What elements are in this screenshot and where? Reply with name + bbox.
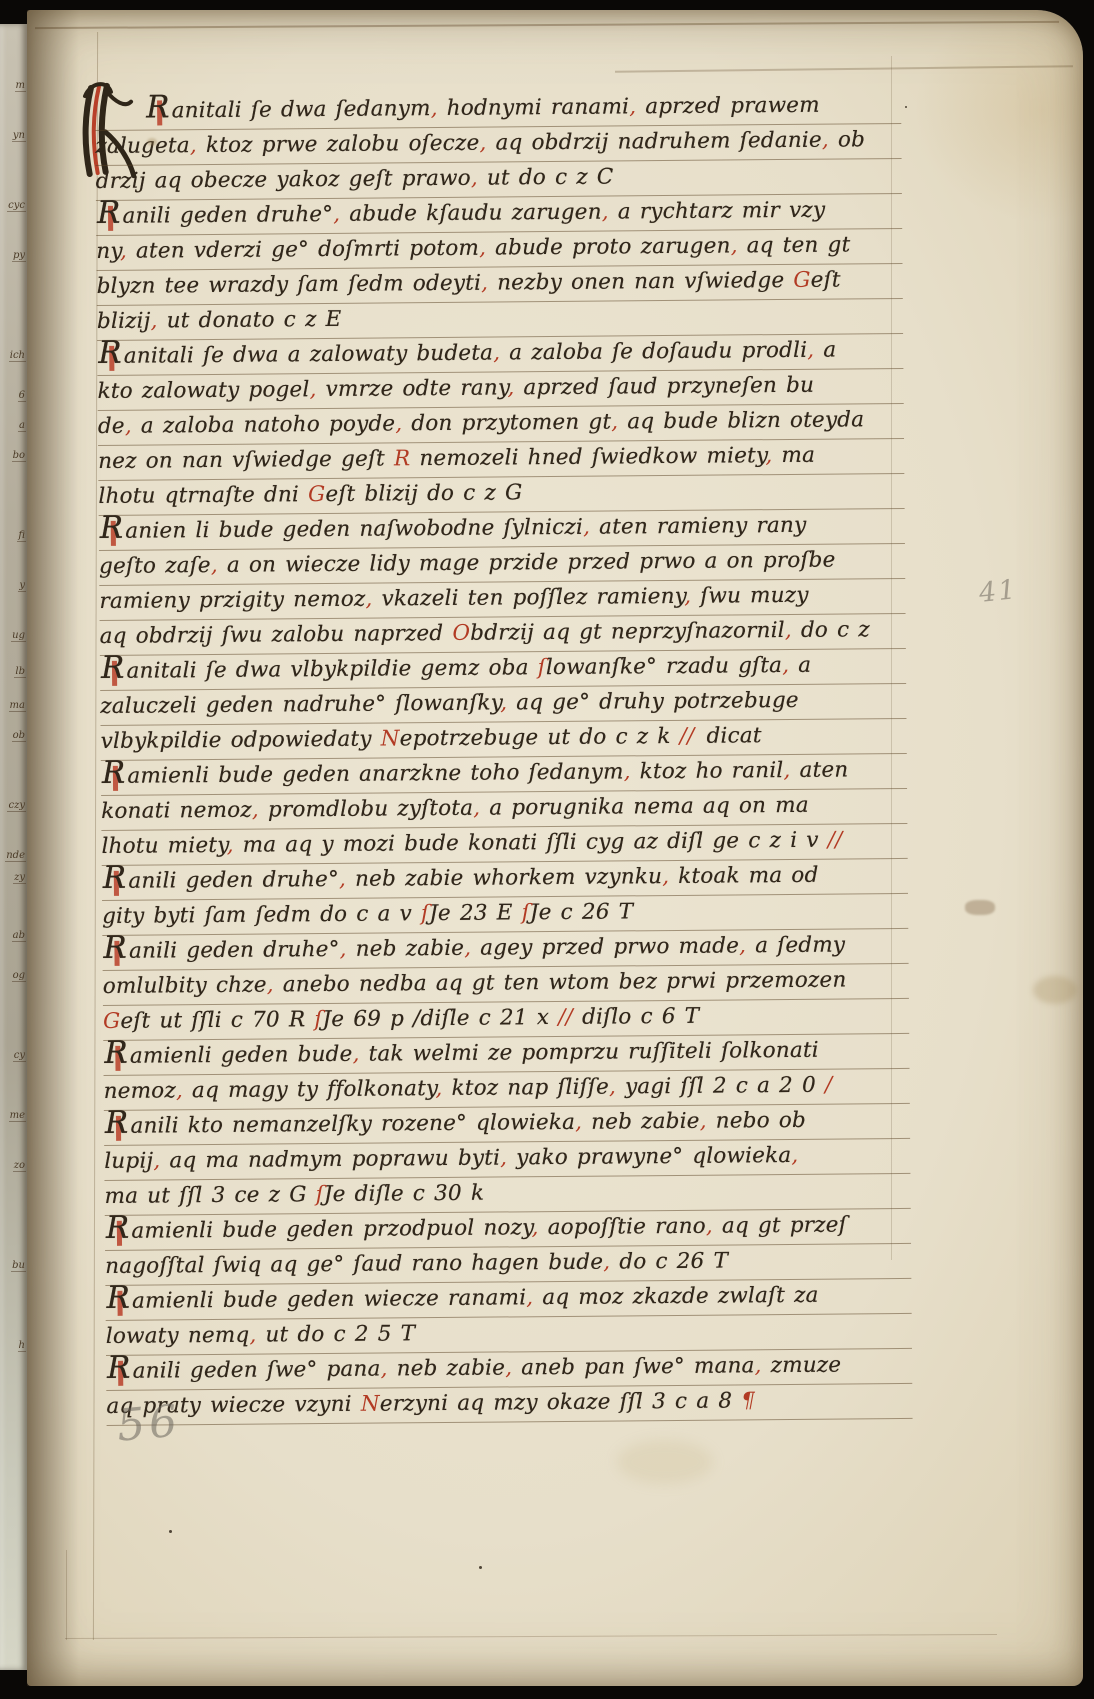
facing-page-text-fragment: h <box>18 1340 26 1352</box>
ruling-line-top <box>35 21 1059 29</box>
facing-page-text-fragment: fi <box>17 530 26 542</box>
paragraph-initial: R <box>99 518 126 538</box>
facing-page-text-fragment: zo <box>13 1160 26 1172</box>
line-text: neb zabie <box>582 1109 700 1135</box>
line-text: a ſedmy <box>746 932 845 958</box>
line-text: geſto zaſe <box>99 553 211 579</box>
paragraph: Ranili kto nemanzelſky rozene° qlowieka,… <box>104 1104 911 1216</box>
facing-page-text-fragment: cyc <box>7 200 26 212</box>
line-text: ramieny przigity nemoz <box>99 587 365 614</box>
line-text: a <box>814 338 836 363</box>
line-text: nez on nan vſwiedge geſt <box>98 446 394 474</box>
paragraph-initial: R <box>104 1113 131 1133</box>
line-text: epotrzebuge ut do c z k <box>400 724 680 751</box>
facing-page-text-fragment: me <box>9 1110 26 1122</box>
line-text: diſlo c 6 T <box>573 1004 699 1030</box>
paragraph: Ramienli bude geden wiecze ranami, aq mo… <box>105 1279 912 1356</box>
line-text: don przytomen gt <box>402 410 611 437</box>
paragraph: Ramienli bude geden przodpuol nozy, aopo… <box>105 1209 912 1286</box>
manuscript-photo: myncycpyich6abofiyuglbmaobczyndezyabogcy… <box>0 0 1094 1699</box>
line-text: aprzed ſaud przyneſen bu <box>514 373 814 401</box>
facing-page-text-fragment: nde <box>5 850 26 862</box>
facing-page-text-fragment: bo <box>12 450 26 462</box>
paragraph: Ranitali ſe dwa a zalowaty budeta, a zal… <box>97 334 904 516</box>
line-text: bdrzij aq gt neprzyſnazornil <box>470 618 785 646</box>
line-text: anili geden druhe° <box>129 937 340 964</box>
page-number-pencil: 56 <box>115 1395 183 1451</box>
facing-page-text-fragment: py <box>12 250 26 262</box>
line-text: ma <box>772 443 815 468</box>
line-text: aq magy ty ffolkonaty <box>183 1076 436 1103</box>
line-text: blizij <box>97 309 151 334</box>
line-text: aprzed prawem <box>636 93 820 120</box>
rubric-mark: O <box>452 621 470 646</box>
paragraph-initial: R <box>101 763 128 783</box>
line-text: ob <box>829 127 865 152</box>
line-text: aopoſſtie rano <box>539 1214 706 1240</box>
line-text: promdlobu zyſtota <box>259 796 474 823</box>
line-text: kto zalowaty pogel <box>97 377 309 404</box>
facing-page-text-fragment: zy <box>13 872 26 884</box>
line-text: tak welmi ze pomprzu ruſſiteli ſolkonati <box>359 1038 818 1067</box>
paragraph-initial: R <box>106 1358 133 1378</box>
paragraph: Ranili geden druhe°, neb zabie whorkem v… <box>102 859 909 936</box>
line-text: lhotu qtrnaſte dni <box>98 482 308 509</box>
line-text: zaluczeli geden nadruhe° ſlowanſky <box>100 690 500 718</box>
line-text: anitali ſe dwa vlbykpildie gemz oba <box>126 655 537 684</box>
line-text: nebo ob <box>707 1108 806 1134</box>
line-text: do c z <box>792 617 870 643</box>
line-text: vkazeli ten poſſlez ramieny <box>372 584 684 612</box>
line-text: aten <box>790 757 848 783</box>
paragraph-initial: R <box>97 343 124 363</box>
speck <box>479 1566 482 1569</box>
line-text: anebo nedba aq gt ten wtom bez prwi prze… <box>274 967 847 997</box>
line-text: anitali ſe dwa a zalowaty budeta <box>124 341 494 369</box>
facing-page-text-fragment: lb <box>14 666 26 678</box>
line-text: erzyni aq mzy okaze ſſl 3 c a 8 <box>380 1388 742 1416</box>
line-text: ut do c z C <box>478 164 614 190</box>
rubric-mark: G <box>103 1009 121 1034</box>
paragraph: Ranitali ſe dwa vlbykpildie gemz oba ſlo… <box>100 649 907 761</box>
line-text: do c 26 T <box>610 1249 728 1275</box>
rubric-mark: // <box>558 1005 573 1030</box>
line-text: lowanſke° rzadu gſta <box>546 653 782 680</box>
line-text: vmrze odte rany <box>316 375 507 402</box>
rubric-mark: ſ <box>522 900 530 925</box>
line-text: nagoſſtal ſwiq aq ge° ſaud rano hagen bu… <box>105 1250 603 1279</box>
line-text: drzij aq obecze yakoz geſt prawo <box>96 166 471 194</box>
line-text: lhotu miety <box>101 833 226 859</box>
ruling-line-bottom-left <box>66 1550 67 1640</box>
rubric-mark: G <box>793 268 811 293</box>
ruling-line-bottom <box>65 1634 997 1639</box>
paragraph-initial: R <box>102 868 129 888</box>
line-text: yako prawyne° qlowieka <box>507 1143 791 1170</box>
manuscript-page: Ranitali ſe dwa ſedanym, hodnymi ranami,… <box>27 10 1083 1686</box>
line-text: konati nemoz <box>101 798 252 824</box>
line-text: a <box>789 653 811 678</box>
line-text: eſt ut ſſli c 70 R <box>120 1007 314 1034</box>
rubric-mark: // <box>828 828 843 853</box>
line-text: anitali ſe dwa ſedanym <box>172 96 431 123</box>
line-text: vlbykpildie odpowiedaty <box>101 727 381 754</box>
line-text: aq gt przeſ <box>713 1212 847 1238</box>
speck <box>169 1530 172 1533</box>
line-text: anili geden druhe° <box>128 867 339 894</box>
line-text: ktoz ho ranil <box>631 758 784 784</box>
facing-page-text-fragment: og <box>12 970 26 982</box>
paragraph: Ranili geden druhe°, neb zabie, agey prz… <box>102 929 909 1041</box>
facing-page-text-fragment: 6 <box>18 390 26 402</box>
line-text: neb zabie whorkem vzynku <box>346 864 662 892</box>
line-text: Je diſle c 30 k <box>324 1181 485 1207</box>
facing-page-text-fragment: ab <box>12 930 26 942</box>
paragraph-initial: R <box>105 1288 132 1308</box>
ruling-line-top-right <box>615 65 1073 72</box>
speck <box>905 106 907 108</box>
line-text: lupij <box>104 1149 153 1174</box>
text-block: Ranitali ſe dwa ſedanym, hodnymi ranami,… <box>95 89 913 1426</box>
line-text: aneb pan ſwe° mana <box>512 1353 755 1380</box>
line-text: Je 23 E <box>429 900 522 926</box>
line-text: abude kſaudu zarugen <box>340 200 602 227</box>
line-text: Je c 26 T <box>530 899 634 925</box>
line-text: ktoz nap ſliſſe <box>442 1075 609 1101</box>
line-text: amienli geden bude <box>130 1042 353 1069</box>
stain <box>617 1440 713 1484</box>
paragraph: Ramienli geden bude, tak welmi ze pomprz… <box>103 1034 910 1111</box>
line-text: omlulbity chze <box>103 973 267 999</box>
paragraph-initial: R <box>96 203 123 223</box>
rubric-mark: ¶ <box>741 1388 755 1413</box>
line-text: aq obdrzij ſwu zalobu naprzed <box>100 621 453 649</box>
paragraph-initial: R <box>102 938 129 958</box>
line-text: abude proto zarugen <box>486 233 731 260</box>
line-text: amienli bude geden anarzkne toho ſedanym <box>127 759 623 788</box>
line-text: ſwu muzy <box>691 583 809 609</box>
paragraph: Ranitali ſe dwa ſedanym, hodnymi ranami,… <box>95 89 902 201</box>
line-text: anili kto nemanzelſky rozene° qlowieka <box>130 1110 575 1139</box>
line-text: a rychtarz mir vzy <box>609 198 826 225</box>
line-text: zalugeta <box>95 133 190 159</box>
line-text: eſt <box>811 268 841 293</box>
line-text: amienli bude geden przodpuol nozy <box>131 1215 531 1243</box>
paragraph: Ranien li bude geden naſwobodne ſylniczi… <box>99 509 906 656</box>
line-text: anien li bude geden naſwobodne ſylniczi <box>125 515 583 544</box>
rubric-mark: / <box>825 1073 833 1098</box>
line-text: ut do c 2 5 T <box>256 1321 415 1347</box>
paragraph-initial: R <box>100 658 127 678</box>
rubric-mark: ſ <box>421 901 429 926</box>
line-text: Je 69 p /diſle c 21 x <box>322 1005 558 1032</box>
line-text: amienli bude geden wiecze ranami <box>132 1285 526 1313</box>
rubric-mark: ſ <box>538 655 546 680</box>
line-text: lowaty nemq <box>106 1323 250 1349</box>
line-text: de <box>98 414 125 439</box>
line-text: blyzn tee wrazdy ſam ſedm odeyti <box>97 271 482 299</box>
line-text: ma aq y mozi bude konati ſſli cyg az diſ… <box>234 828 828 858</box>
line-text: hodnymi ranami <box>438 94 630 121</box>
line-text: aten vderzi ge° doſmrti potom <box>127 236 479 264</box>
facing-page-text-fragment: ob <box>12 730 26 742</box>
folio-number-pencil: 41 <box>977 574 1018 609</box>
manuscript-line: aq praty wiecze vzyni Nerzyni aq mzy oka… <box>106 1384 912 1426</box>
rubric-mark: , <box>791 1143 798 1168</box>
rubric-mark: // <box>680 724 695 749</box>
line-text: eſt blizij do c z G <box>325 480 522 507</box>
facing-page-text-fragment: ich <box>9 350 26 362</box>
line-text: a zaloba ſe doſaudu prodli <box>500 338 807 366</box>
facing-page-edge: myncycpyich6abofiyuglbmaobczyndezyabogcy… <box>0 24 27 1670</box>
line-text: anili geden druhe° <box>122 202 333 229</box>
marginal-note: dicat <box>706 723 761 748</box>
paragraph: Ranili geden ſwe° pana, neb zabie, aneb … <box>106 1349 913 1426</box>
paragraph: Ramienli bude geden anarzkne toho ſedany… <box>101 754 908 866</box>
rubric-mark: N <box>381 726 400 751</box>
paragraph: Ranili geden druhe°, abude kſaudu zaruge… <box>96 194 903 341</box>
line-text: aq ge° druhy potrzebuge <box>507 688 799 716</box>
line-text: a zaloba natoho poyde <box>132 411 396 438</box>
line-text: aq bude blizn oteyda <box>618 407 864 434</box>
stain <box>965 900 995 915</box>
rubric-mark: N <box>361 1392 380 1417</box>
line-text: a on wiecze lidy mage przide przed prwo … <box>218 548 836 578</box>
line-text: yagi ſſl 2 c a 2 0 <box>616 1073 825 1100</box>
line-text: ktoz prwe zalobu oſecze <box>197 131 480 158</box>
rubric-mark: G <box>308 482 326 507</box>
line-text: ny <box>96 239 120 264</box>
facing-page-text-fragment: yn <box>12 130 26 142</box>
line-text: agey przed prwo made <box>471 933 739 960</box>
line-text: aten ramieny rany <box>590 513 807 540</box>
line-text: nezby onen nan vſwiedge <box>488 268 793 296</box>
line-text: aq ma nadmym poprawu byti <box>160 1146 500 1174</box>
facing-page-text-fragment: m <box>15 80 26 92</box>
line-text: aq moz zkazde zwlaſt za <box>533 1283 819 1310</box>
line-text: aq obdrzij nadruhem ſedanie <box>486 128 822 156</box>
line-text: neb zabie <box>388 1355 506 1381</box>
rubric-mark: R <box>394 446 411 471</box>
facing-page-text-fragment: ug <box>11 630 26 642</box>
line-text: gity byti ſam ſedm do c a v <box>102 901 421 929</box>
facing-page-text-fragment: bu <box>11 1260 26 1272</box>
paragraph-initial: R <box>105 1218 132 1238</box>
facing-page-text-fragment: y <box>18 580 26 592</box>
line-text: nemozeli hned ſwiedkow miety <box>410 443 765 471</box>
facing-page-text-fragment: czy <box>7 800 26 812</box>
line-text: a porugnika nema aq on ma <box>480 793 809 821</box>
line-text: nemoz <box>104 1078 176 1104</box>
line-text: ktoak ma od <box>669 863 818 889</box>
paragraph-initial: R <box>103 1043 130 1063</box>
line-text: zmuze <box>762 1353 842 1379</box>
stain <box>1033 976 1077 1004</box>
facing-page-text-fragment: a <box>18 420 26 432</box>
facing-page-text-fragment: cy <box>13 1050 26 1062</box>
line-text: aq ten gt <box>738 232 851 258</box>
line-text: anili geden ſwe° pana <box>133 1357 381 1384</box>
facing-page-text-fragment: ma <box>9 700 26 712</box>
paragraph-initial: R <box>145 97 172 117</box>
line-text: ut donato c z E <box>157 307 341 334</box>
line-text: neb zabie <box>347 936 465 962</box>
line-text: ma ut ſſl 3 ce z G <box>104 1182 315 1209</box>
